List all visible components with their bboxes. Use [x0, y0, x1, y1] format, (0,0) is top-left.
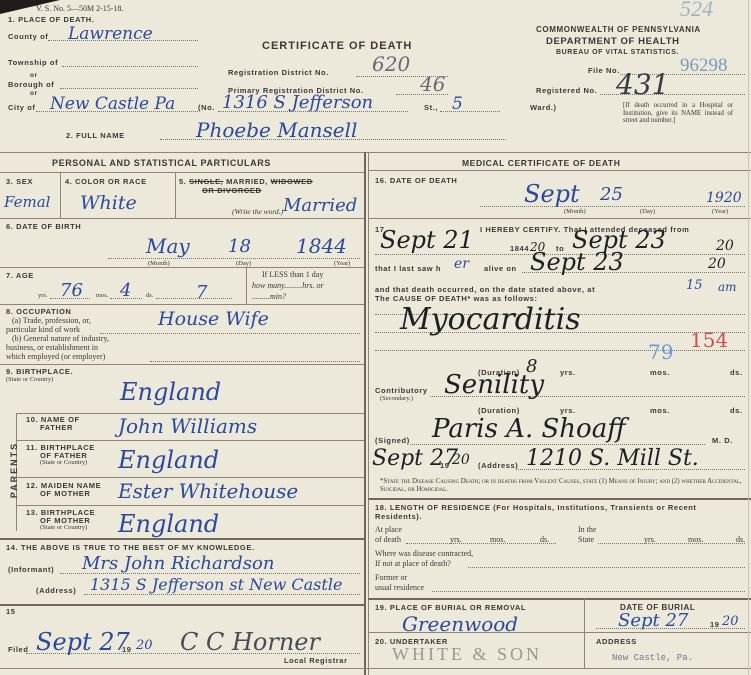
dod-day: 25: [600, 184, 623, 205]
race-label: 4. COLOR OR RACE: [65, 177, 147, 186]
race-value: White: [80, 192, 137, 214]
attended-from-date: Sept 21: [380, 226, 474, 254]
street-value: 1316 S Jefferson: [222, 92, 373, 113]
registered-no-label: Registered No.: [536, 86, 597, 95]
death-occurred-label: and that death occurred, on the date sta…: [375, 285, 595, 294]
mos-abbr: mos.: [96, 292, 108, 299]
day-caption: (Day): [236, 260, 251, 267]
filed-number: 15: [6, 607, 16, 616]
commonwealth: Commonwealth of Pennsylvania: [536, 25, 701, 34]
dod-year: 1920: [706, 190, 742, 206]
physician-signature: Paris A. Shoaff: [432, 414, 626, 444]
last-saw-label: that I last saw h: [375, 264, 441, 273]
of-death-label: of death: [375, 535, 401, 544]
md-label: M. D.: [712, 436, 733, 445]
birthplace-value: England: [120, 378, 221, 406]
ward-label: Ward.): [530, 103, 557, 112]
borough-label: Borough of: [8, 80, 54, 89]
occupation-b2: business, or establishment in: [6, 343, 98, 352]
duration-ds-label: ds.: [730, 368, 743, 377]
filed-date: Sept 27: [36, 628, 130, 656]
if-not-label: If not at place of death?: [375, 559, 451, 568]
cause-of-death: Myocarditis: [400, 302, 581, 337]
dod-label: 16. DATE OF DEATH: [375, 176, 457, 185]
hospital-note: [If death occurred in a Hospital or Inst…: [623, 102, 733, 125]
informant-statement: 14. THE ABOVE IS TRUE TO THE BEST OF MY …: [6, 543, 255, 552]
township-label: Township of: [8, 58, 58, 67]
father-birthplace-value: England: [118, 446, 219, 474]
state-mos: mos.: [688, 535, 703, 544]
burial-year: 20: [722, 614, 739, 629]
res-yrs: yrs.: [450, 535, 462, 544]
father-bp-sub: (State or Country): [40, 459, 87, 466]
informant-label: (Informant): [8, 565, 54, 574]
dob-year: 1844: [296, 234, 347, 258]
undertaker-address-stamp: New Castle, Pa.: [612, 653, 693, 663]
occupation-b3: which employed (or employer): [6, 352, 105, 361]
filed-year: 20: [136, 638, 153, 653]
residence-label: 18. LENGTH OF RESIDENCE (For Hospitals, …: [375, 503, 745, 521]
undertaker-address-label: ADDRESS: [596, 637, 637, 646]
personal-section-title: PERSONAL AND STATISTICAL PARTICULARS: [52, 158, 271, 168]
birthplace-label: 9. BIRTHPLACE.: [6, 367, 73, 376]
cause-code-red: 154: [690, 328, 728, 352]
place-of-death-label: 1. PLACE OF DEATH.: [8, 15, 95, 24]
county-value: Lawrence: [68, 24, 153, 44]
marital-label: 5. SINGLE, MARRIED, WIDOWED: [179, 177, 313, 186]
st-label: St.,: [424, 103, 438, 112]
physician-address-label: (Address): [478, 461, 518, 470]
bureau: BUREAU OF VITAL STATISTICS.: [556, 49, 679, 56]
duration-yrs-label: yrs.: [560, 368, 576, 377]
marital-widowed: WIDOWED: [271, 177, 313, 186]
yrs-abbr: yrs.: [38, 292, 48, 299]
dob-month: May: [146, 234, 190, 258]
marital-single: SINGLE,: [189, 177, 223, 186]
primary-district-value: 46: [420, 72, 445, 96]
state-label: State: [578, 535, 594, 544]
alive-on-label: alive on: [484, 264, 517, 273]
res-mos: mos.: [490, 535, 505, 544]
mother-label-2: OF MOTHER: [40, 489, 90, 498]
duration2-ds-label: ds.: [730, 406, 743, 415]
how-many-min: .........min?: [252, 292, 286, 301]
duration-mos-label: mos.: [650, 368, 670, 377]
reg-district-label: Registration District No.: [228, 68, 329, 77]
less-than-day: If LESS than 1 day: [262, 270, 323, 279]
certificate-title: CERTIFICATE OF DEATH: [262, 40, 412, 52]
mother-value: Ester Whitehouse: [118, 479, 298, 503]
father-value: John Williams: [118, 414, 257, 438]
dob-day: 18: [228, 236, 251, 257]
former-label: Former or: [375, 573, 407, 582]
state-yrs: yrs.: [644, 535, 656, 544]
registrar-signature: C C Horner: [180, 628, 320, 656]
usual-residence-label: usual residence: [375, 583, 424, 592]
in-the-label: In the: [578, 525, 596, 534]
informant-value: Mrs John Richardson: [82, 553, 274, 574]
duration2-mos-label: mos.: [650, 406, 670, 415]
dod-month: Sept: [524, 180, 580, 208]
how-many-hours: how many.........hrs. or: [252, 281, 324, 290]
dod-day-caption: (Day): [640, 208, 655, 215]
county-label: County of: [8, 32, 48, 41]
form-code: V. S. No. 5—50M 2-15-18.: [36, 4, 123, 13]
marital-divorced: OR DIVORCED: [202, 186, 262, 195]
marital-value: Married: [283, 195, 357, 216]
sex-label: 3. SEX: [6, 177, 33, 186]
city-value: New Castle Pa: [50, 94, 175, 114]
state-ds: ds.: [736, 535, 745, 544]
full-name-label: 2. FULL NAME: [66, 131, 125, 140]
filed-year-prefix: 19: [122, 645, 132, 654]
secondary-label: (Secondary.): [380, 395, 413, 402]
ward-value: 5: [452, 94, 463, 114]
cause-code-blue: 79: [648, 340, 673, 364]
year-caption: (Year): [334, 260, 350, 267]
marital-married: MARRIED,: [226, 177, 268, 186]
death-time: 15: [686, 278, 703, 293]
contributory-cause: Senility: [444, 370, 544, 400]
age-label: 7. AGE: [6, 271, 34, 280]
mother-birthplace-value: England: [118, 510, 219, 538]
dob-label: 6. DATE OF BIRTH: [6, 222, 81, 231]
death-certificate: V. S. No. 5—50M 2-15-18. 524 1. PLACE OF…: [0, 0, 751, 675]
disease-contracted-label: Where was disease contracted,: [375, 549, 473, 558]
occupation-b: (b) General nature of industry,: [12, 334, 109, 343]
signed-label: (Signed): [375, 436, 410, 445]
informant-address-value: 1315 S Jefferson st New Castle: [90, 575, 342, 594]
age-mos: 4: [120, 280, 131, 301]
burial-place-label: 19. PLACE OF BURIAL OR REMOVAL: [375, 603, 526, 612]
occupation-a: (a) Trade, profession, or,: [12, 316, 91, 325]
file-no-value: 96298: [680, 55, 728, 77]
to-year: 20: [716, 238, 734, 254]
ds-abbr: ds.: [146, 292, 153, 299]
or-text: or: [30, 72, 38, 79]
last-saw-year: 20: [708, 256, 726, 272]
dod-year-caption: (Year): [712, 208, 728, 215]
age-yrs: 76: [60, 280, 83, 301]
cause-footnote: *State the Disease Causing Death; or in …: [380, 478, 746, 494]
sign-year-prefix: 19: [440, 461, 450, 470]
contributory-label: Contributory: [375, 386, 428, 395]
occupation-label: 8. OCCUPATION: [6, 307, 71, 316]
reg-district-value: 620: [372, 52, 410, 76]
undertaker-stamp: WHITE & SON: [392, 644, 542, 665]
last-saw-date: Sept 23: [530, 248, 624, 276]
from-year-prefix: 1844: [510, 244, 529, 253]
sign-year: 20: [452, 452, 470, 468]
department: DEPARTMENT OF HEALTH: [546, 36, 680, 47]
res-ds: ds.: [540, 535, 549, 544]
father-label-2: FATHER: [40, 423, 73, 432]
full-name-value: Phoebe Mansell: [196, 118, 357, 142]
medical-section-title: MEDICAL CERTIFICATE OF DEATH: [462, 158, 620, 168]
street-no-label: (No.: [198, 103, 215, 112]
burial-date-value: Sept 27: [618, 610, 688, 631]
marital-number: 5.: [179, 177, 186, 186]
physician-address: 1210 S. Mill St.: [526, 446, 699, 471]
registrar-label: Local Registrar: [284, 656, 348, 665]
occupation-value: House Wife: [158, 308, 269, 330]
marital-hint: (Write the word.): [232, 207, 283, 216]
death-ampm: am: [718, 280, 737, 294]
burial-year-prefix: 19: [710, 620, 720, 629]
registered-no-value: 431: [616, 68, 669, 101]
age-ds: 7: [196, 282, 207, 303]
birthplace-sub: (State or Country): [6, 376, 53, 383]
informant-address-label: (Address): [36, 586, 76, 595]
city-label: City of: [8, 103, 36, 112]
occupation-a2: particular kind of work: [6, 325, 80, 334]
at-place-label: At place: [375, 525, 402, 534]
last-saw-pronoun: er: [454, 256, 469, 272]
mother-bp-sub: (State or Country): [40, 524, 87, 531]
parents-label: PARENTS: [9, 442, 19, 498]
corner-file-number: 524: [680, 0, 713, 22]
or-text: or: [30, 90, 38, 97]
sex-value: Femal: [4, 193, 50, 211]
dod-month-caption: (Month): [564, 208, 586, 215]
month-caption: (Month): [148, 260, 170, 267]
